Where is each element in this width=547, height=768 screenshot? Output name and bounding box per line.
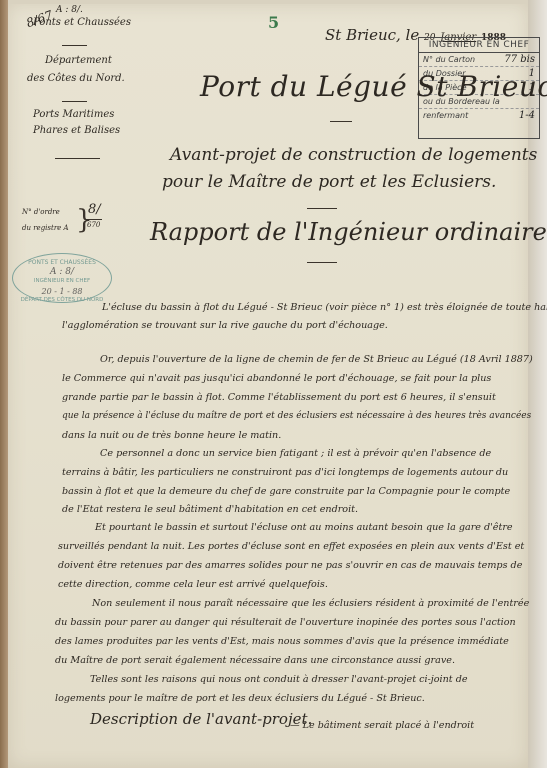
divider bbox=[62, 45, 87, 46]
body-line: dans la nuit ou de très bonne heure le m… bbox=[62, 430, 281, 441]
body-line: L'écluse du bassin à flot du Légué - St … bbox=[102, 302, 547, 313]
page-number-stamp: 5 bbox=[268, 13, 279, 32]
stamp-row-value: 77 bis bbox=[504, 53, 535, 66]
stamp-row-label: renfermant bbox=[423, 109, 468, 122]
body-line: logements pour le maître de port et les … bbox=[55, 693, 425, 704]
stamp-row-value: 1-4 bbox=[519, 109, 535, 122]
divider bbox=[330, 121, 352, 122]
body-line: doivent être retenues par des amarres so… bbox=[58, 560, 522, 571]
register-value-bottom: 670 bbox=[87, 221, 100, 229]
stamp-oval-date: 20 - 1 - 88 bbox=[13, 287, 111, 297]
register-label-book: du registre A bbox=[22, 224, 69, 232]
stamp-oval-line-3: INGÉNIEUR EN CHEF bbox=[13, 277, 111, 287]
document-title: Port du Légué St Brieuc. bbox=[200, 70, 547, 103]
body-line: Non seulement il nous paraît nécessaire … bbox=[92, 598, 529, 609]
section-lighthouses: Phares et Balises bbox=[33, 125, 120, 136]
fraction-bar bbox=[86, 219, 102, 220]
divider bbox=[307, 208, 337, 209]
body-line: l'agglomération se trouvant sur la rive … bbox=[62, 320, 388, 331]
section-ports: Ports Maritimes bbox=[33, 109, 114, 120]
date-place: St Brieuc, le bbox=[325, 26, 419, 44]
page-binding-edge bbox=[0, 0, 8, 768]
body-line: Or, depuis l'ouverture de la ligne de ch… bbox=[100, 354, 533, 365]
body-line: cette direction, comme cela leur est arr… bbox=[58, 579, 328, 590]
body-line: bassin à flot et que la demeure du chef … bbox=[62, 486, 510, 497]
divider bbox=[62, 101, 87, 102]
report-title: Rapport de l'Ingénieur ordinaire. bbox=[150, 218, 547, 246]
stamp-chief-header: INGENIEUR EN CHEF bbox=[419, 38, 539, 53]
stamp-oval-line-2: A : 8/ bbox=[13, 268, 111, 278]
divider bbox=[55, 158, 100, 159]
description-heading: Description de l'avant-projet. bbox=[90, 710, 312, 728]
body-line: des lames produites par les vents d'Est,… bbox=[55, 636, 509, 647]
body-line: Ce personnel a donc un service bien fati… bbox=[100, 448, 491, 459]
register-value-top: 8/ bbox=[88, 202, 101, 217]
body-line: de l'Etat restera le seul bâtiment d'hab… bbox=[62, 504, 358, 515]
body-line: du Maître de port serait également néces… bbox=[55, 655, 455, 666]
register-label-order: N° d'ordre bbox=[22, 208, 60, 216]
body-line: Et pourtant le bassin et surtout l'éclus… bbox=[95, 522, 513, 533]
department-name: des Côtes du Nord. bbox=[27, 73, 125, 84]
body-line: terrains à bâtir, les particuliers ne co… bbox=[62, 467, 508, 478]
subtitle-line-2: pour le Maître de port et les Eclusiers. bbox=[162, 172, 496, 192]
stamp-row-label: N° du Carton bbox=[423, 53, 475, 66]
body-line: du bassin pour parer au danger qui résul… bbox=[55, 617, 516, 628]
folio-reference: A : 8/. bbox=[56, 5, 83, 15]
department-label: Département bbox=[45, 55, 112, 66]
stamp-oval-line-5: DÉPART DES CÔTES DU NORD bbox=[13, 296, 111, 306]
ponts-et-chaussees-stamp: PONTS ET CHAUSSÉES A : 8/ INGÉNIEUR EN C… bbox=[12, 253, 112, 303]
stamp-row-renfermant: renfermant1-4 bbox=[419, 109, 539, 122]
body-line: le Commerce qui n'avait pas jusqu'ici ab… bbox=[62, 373, 491, 384]
description-text: — Le bâtiment serait placé à l'endroit bbox=[290, 720, 474, 731]
body-line: surveillés pendant la nuit. Les portes d… bbox=[58, 541, 524, 552]
body-line: grande partie par le bassin à flot. Comm… bbox=[62, 392, 496, 403]
body-line: Telles sont les raisons qui nous ont con… bbox=[90, 674, 468, 685]
body-line: que la présence à l'écluse du maître de … bbox=[62, 411, 531, 421]
service-label: Ponts et Chaussées bbox=[33, 17, 131, 28]
divider bbox=[307, 262, 337, 263]
subtitle-line-1: Avant-projet de construction de logement… bbox=[170, 145, 537, 165]
stamp-row-carton: N° du Carton77 bis bbox=[419, 53, 539, 67]
